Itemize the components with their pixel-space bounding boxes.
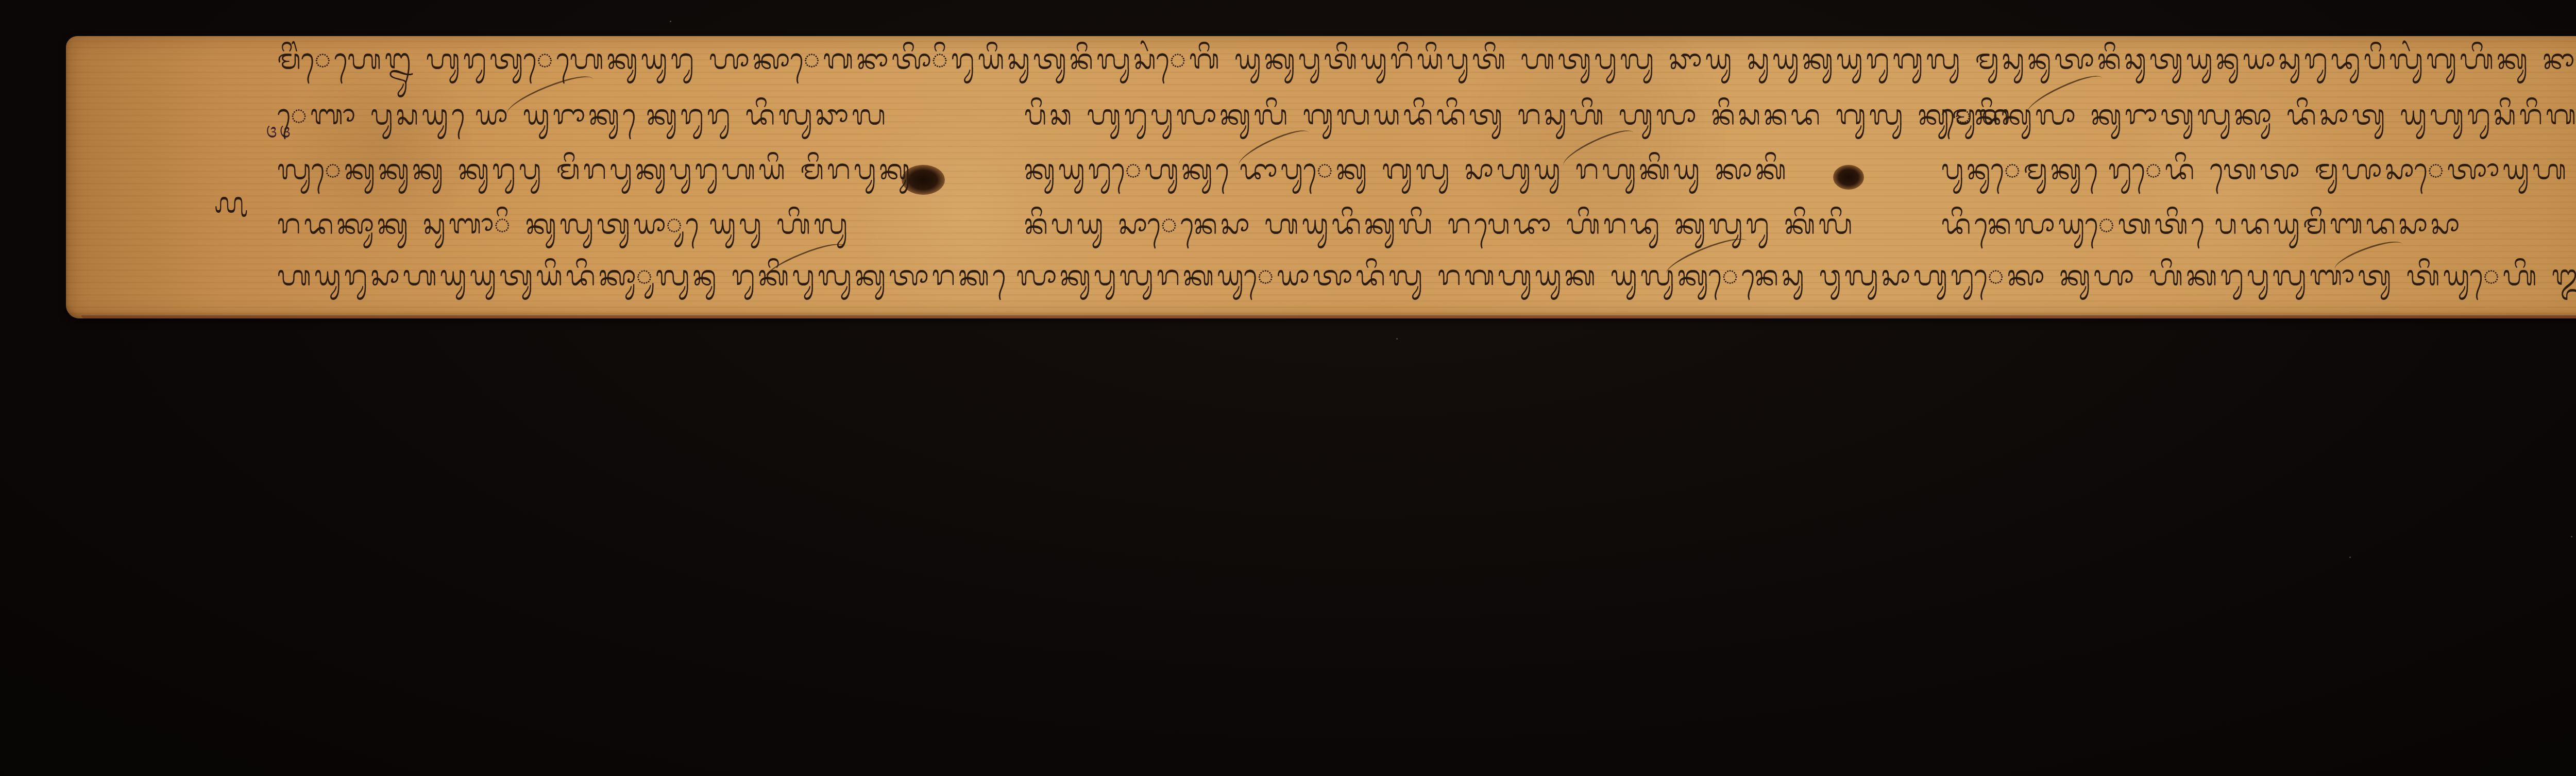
leaf-bottom-edge xyxy=(81,315,2576,318)
text-line-5: ᬳᬬᬸᬭᬸᬲᬵᬳᬬᬸᬬᬸᬢᬸᬬᬶᬤᬶᬓᬸᬵᬸᬮᬸᬦᬸ ᬭᬸᬓᬶᬧᬸᬮᬸᬓᬸᬢᬵᬭ… xyxy=(277,262,2576,290)
text-line-4-right: ᬤᬶᬦᬾᬮᬵᬬᬸᬾᬢᬢᬶ ᬾᬧᬤᬬᬸᬫᬶᬩᬤᬲᬵᬲᬵ xyxy=(1941,210,2463,238)
palm-leaf: ᭔᭔ ᭚ ᬫᬶᬂᬾᬳᬾᬍᬸ ᬳᬸᬭᬸᬢᬸᬾᬳᬾᬓᬸᬬᬸᬭᬸ ᬳᬵᬓᬵᬾᬕᬦᬵᬢᬶ… xyxy=(66,36,2576,318)
text-line-2-middle: ᬧᬶᬘ ᬳᬸᬭᬸᬧᬸᬮᬵᬓᬸᬮᬶ ᬕᬸᬮᬬᬤᬶᬤᬶᬢᬸ ᬭᬲᬸᬳᬶ ᬳᬸᬮᬵ ᬦ… xyxy=(1024,101,2012,129)
text-line-3-left: ᬮᬸᬾᬓᬸᬓᬸᬓᬸ ᬓᬸᬭᬸᬧᬸ ᬫᬶᬭᬧᬸᬓᬸᬧᬸᬭᬸᬳᬬᬶ ᬫᬶᬭᬧᬸᬓᬸ xyxy=(277,156,913,183)
right-binding-hole xyxy=(1833,165,1864,190)
text-line-3-right: ᬧᬸᬦᬸᬾᬫᬸᬓᬸ ᬾᬭᬸᬾᬤᬶ ᬢᬾᬢᬵ ᬫᬸᬳᬵᬲᬵᬾᬢᬵᬵᬬᬸᬳ xyxy=(1941,156,2569,183)
dust-speck xyxy=(2571,536,2572,537)
dust-speck xyxy=(1396,338,1398,340)
text-line-4-left: ᬭᬤᬓᬸᬵᬓᬸ ᬲᬸᬩᬵᬶ ᬓᬸᬮᬸᬢᬸᬬᬵᬸ ᬾᬬᬸᬧᬸ ᬳᬶᬮᬸ xyxy=(277,210,851,238)
dust-speck xyxy=(2349,556,2351,558)
text-line-1: ᬫᬶᬂᬾᬳᬾᬍᬸ ᬳᬸᬭᬸᬢᬸᬾᬳᬾᬓᬸᬬᬸᬭᬸ ᬳᬵᬓᬵᬾᬕᬦᬵᬢᬶᬵᬶᬭᬸᬬ… xyxy=(277,45,2576,73)
margin-mark-icon: ᭚ xyxy=(214,181,248,233)
text-line-2-left: ᬾᬩᬵ ᬧᬸᬲᬬᬸ ᬾᬬᬵ ᬬᬸᬭᬵᬓᬸ ᬾᬓᬸᬭᬸᬭᬸ ᬤᬶᬮᬸᬘᬵᬮ xyxy=(277,101,889,129)
text-line-4-middle: ᬦᬶᬧᬬᬸ ᬲᬵᬾᬦᬾᬲᬵ ᬳᬬᬸᬤᬶᬓᬸᬮᬶ ᬭᬧᬾᬤᬵ ᬳᬶᬭᬤᬸ ᬓᬸᬮᬸ… xyxy=(1024,210,1855,238)
manuscript-photo: ᭔᭔ ᭚ ᬫᬶᬂᬾᬳᬾᬍᬸ ᬳᬸᬭᬸᬢᬸᬾᬳᬾᬓᬸᬬᬸᬭᬸ ᬳᬵᬓᬵᬾᬕᬦᬵᬢᬶ… xyxy=(0,0,2576,776)
dust-speck xyxy=(670,21,671,22)
text-line-3-middle: ᬓᬸᬬᬸᬭᬸᬾᬳᬸᬓᬸ ᬾᬤᬵᬧᬸᬾᬓᬸ ᬕᬸᬮᬸ ᬲᬵᬳᬸᬬᬸ ᬭᬳᬸᬓᬶᬬᬸ… xyxy=(1024,156,1789,183)
